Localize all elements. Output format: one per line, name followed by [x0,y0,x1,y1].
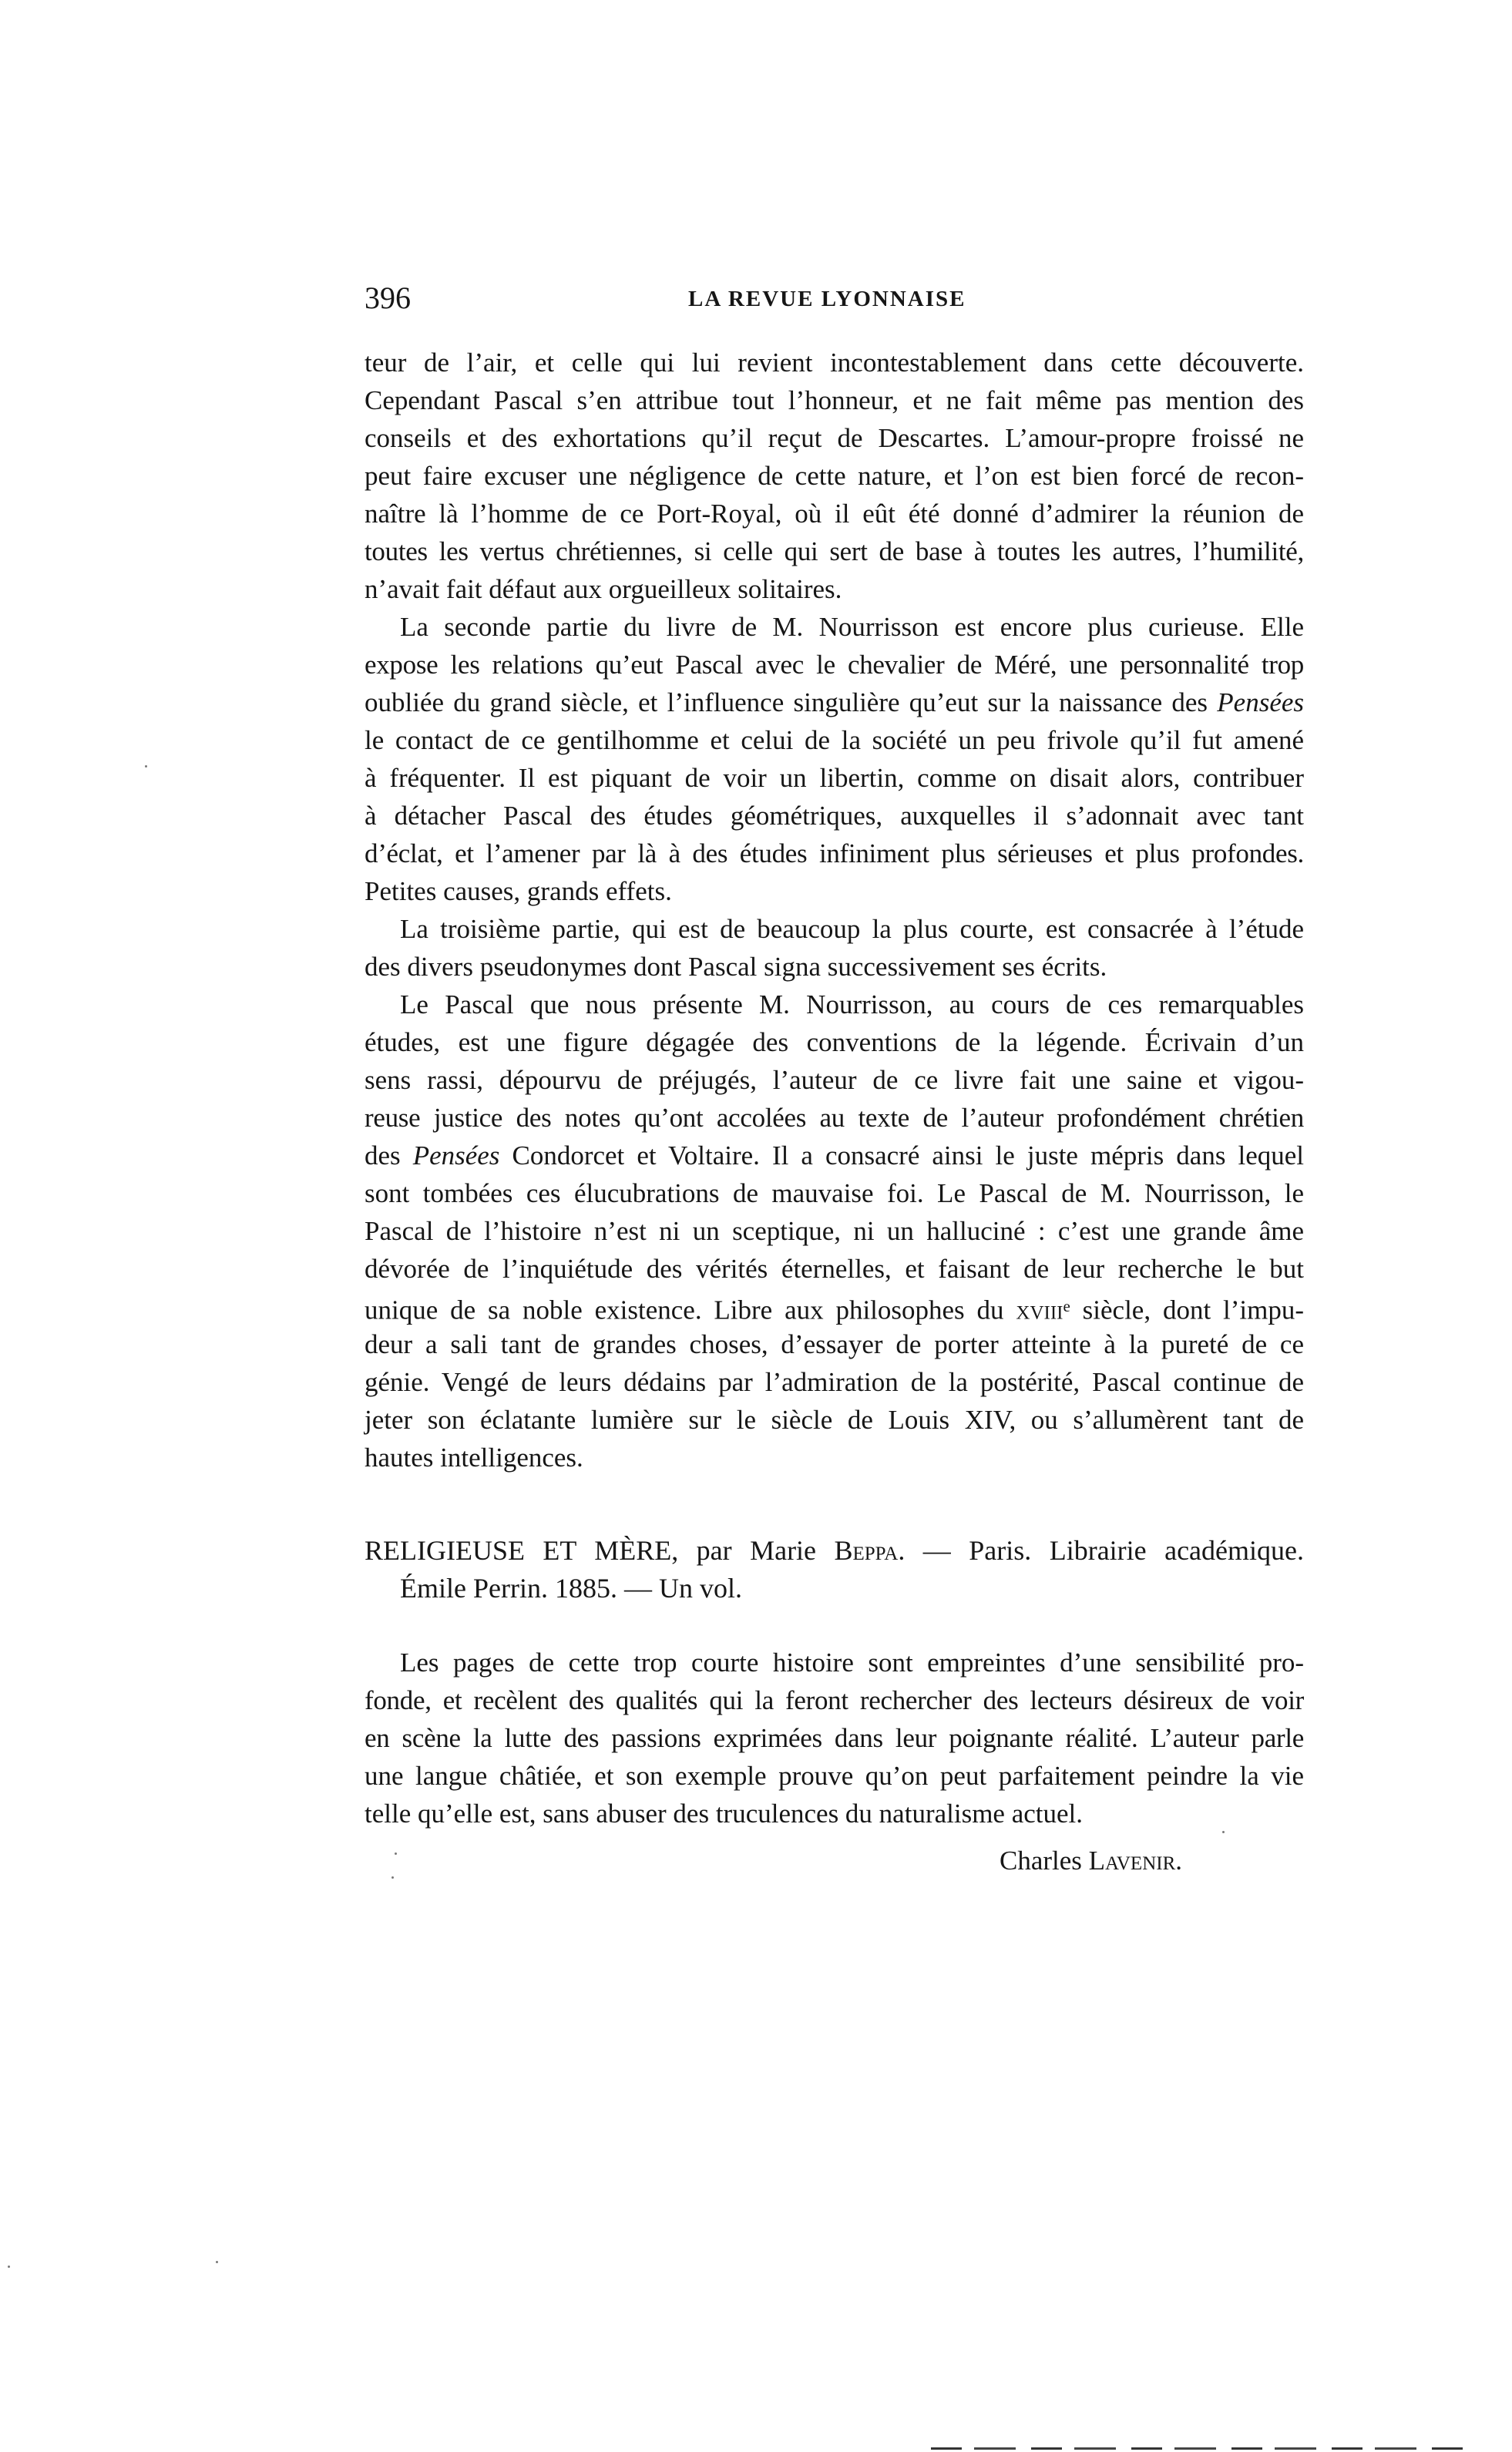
text-line: Petites causes, grands effets. [365,872,1304,910]
text-line: génie. Vengé de leurs dédains par l’admi… [365,1363,1304,1401]
text-line: hautes intelligences. [365,1439,1304,1476]
text-line: d’éclat, et l’amener par là à des études… [365,835,1304,872]
book-page: 396 LA REVUE LYONNAISE teur de l’air, et… [0,0,1512,2452]
review-by: par Marie [697,1535,816,1566]
review-body: Les pages de cette trop courte histoire … [365,1644,1304,1832]
journal-title: LA REVUE LYONNAISE [688,282,966,316]
text-line: naître là l’homme de ce Port-Royal, où i… [365,495,1304,532]
scan-speck [1222,1831,1225,1833]
text-line: expose les relations qu’eut Pascal avec … [365,646,1304,684]
text-segment: Condorcet et Voltaire. Il a consacré ain… [512,1140,1304,1171]
text-line: dévorée de l’inquiétude des vérités éter… [365,1250,1304,1288]
text-line: Pascal de l’histoire n’est ni un sceptiq… [365,1212,1304,1250]
text-line: des divers pseudonymes dont Pascal signa… [365,948,1304,986]
text-line: fonde, et recèlent des qualités qui la f… [365,1681,1304,1719]
text-line: teur de l’air, et celle qui lui revient … [365,344,1304,381]
superscript: e [1063,1297,1070,1315]
text-line: à détacher Pascal des études géométrique… [365,797,1304,835]
text-line: reuse justice des notes qu’ont accolées … [365,1099,1304,1137]
text-line: en scène la lutte des passions exprimées… [365,1719,1304,1757]
article-body: teur de l’air, et celle qui lui revient … [365,344,1304,1476]
text-segment: siècle, dont l’impu- [1083,1295,1304,1325]
text-line: oubliée du grand siècle, et l’influence … [365,684,1304,721]
review-publisher: . — Paris. Librairie académique. [898,1535,1304,1566]
text-line: Les pages de cette trop courte histoire … [365,1644,1304,1681]
text-segment: oubliée du grand siècle, et l’influence … [365,687,1208,717]
scan-speck [8,2266,10,2268]
signature-first-name: Charles [1000,1846,1082,1876]
signature: Charles Lavenir. [1000,1842,1182,1879]
text-line: toutes les vertus chrétiennes, si celle … [365,532,1304,570]
running-head: 396 LA REVUE LYONNAISE [365,279,1304,317]
text-line: sens rassi, dépourvu de préjugés, l’aute… [365,1061,1304,1099]
scan-edge-artifact [931,2447,1470,2450]
century-numeral: xviii [1016,1295,1063,1325]
text-line: à fréquenter. Il est piquant de voir un … [365,759,1304,797]
review-title-line: RELIGIEUSE ET MÈRE, par Marie Beppa. — P… [365,1532,1304,1570]
page-number: 396 [365,279,411,317]
text-line: telle qu’elle est, sans abuser des trucu… [365,1795,1304,1832]
review-author: Beppa [835,1535,899,1566]
text-line: le contact de ce gentilhomme et celui de… [365,721,1304,759]
text-line: Cependant Pascal s’en attribue tout l’ho… [365,381,1304,419]
text-line: des Pensées Condorcet et Voltaire. Il a … [365,1137,1304,1174]
text-line: La seconde partie du livre de M. Nourris… [365,608,1304,646]
review-heading: RELIGIEUSE ET MÈRE, par Marie Beppa. — P… [365,1532,1304,1607]
review-title: RELIGIEUSE ET MÈRE, [365,1535,678,1566]
book-title-italic: Pensées [413,1140,500,1171]
text-line: conseils et des exhortations qu’il reçut… [365,419,1304,457]
text-line: unique de sa noble existence. Libre aux … [365,1288,1304,1325]
text-line: jeter son éclatante lumière sur le siècl… [365,1401,1304,1439]
text-line: deur a sali tant de grandes choses, d’es… [365,1325,1304,1363]
text-line: sont tombées ces élucubrations de mauvai… [365,1174,1304,1212]
text-line: n’avait fait défaut aux orgueilleux soli… [365,570,1304,608]
scan-speck [395,1852,397,1855]
scan-speck [145,765,147,768]
signature-period: . [1175,1846,1182,1876]
scan-speck [216,2261,218,2263]
text-line: Le Pascal que nous présente M. Nourrisso… [365,986,1304,1023]
text-line: études, est une figure dégagée des conve… [365,1023,1304,1061]
text-segment: des [365,1140,401,1171]
signature-last-name: Lavenir [1089,1846,1176,1876]
text-segment: unique de sa noble existence. Libre aux … [365,1295,1004,1325]
scan-speck [391,1876,394,1879]
text-line: La troisième partie, qui est de beaucoup… [365,910,1304,948]
review-publisher-line: Émile Perrin. 1885. — Un vol. [365,1570,1304,1607]
text-line: peut faire excuser une négligence de cet… [365,457,1304,495]
book-title-italic: Pensées [1217,687,1304,717]
text-line: une langue châtiée, et son exemple prouv… [365,1757,1304,1795]
